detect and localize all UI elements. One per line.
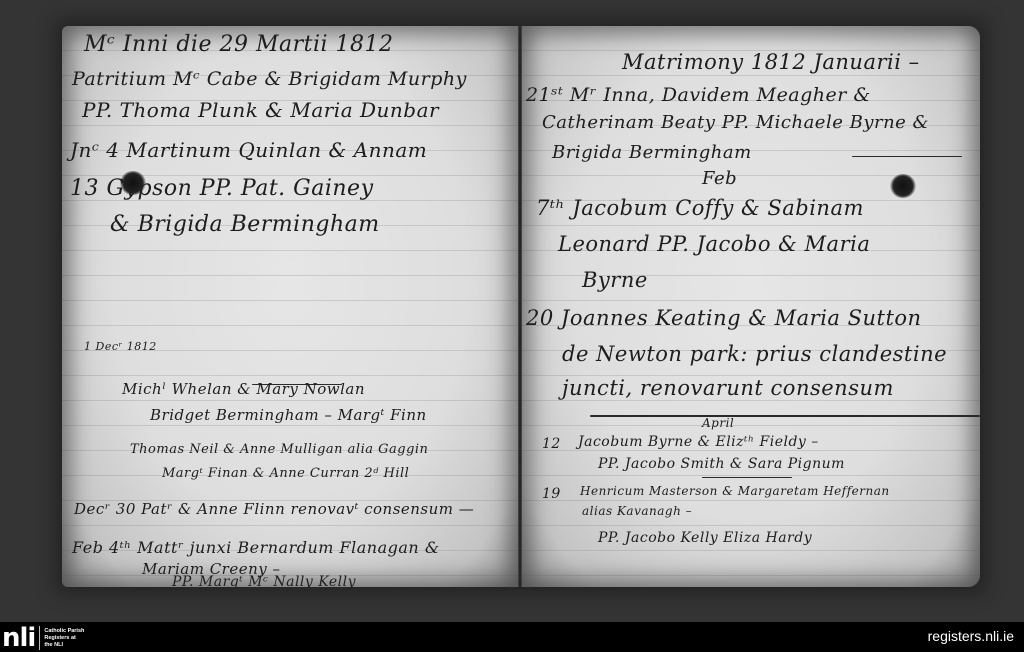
logo-divider bbox=[39, 626, 40, 650]
left-line: Bridget Bermingham – Margᵗ Finn bbox=[150, 406, 427, 424]
right-line: 20 Joannes Keating & Maria Sutton bbox=[526, 306, 922, 330]
right-line-day: 19 bbox=[542, 486, 561, 502]
right-line: Jacobum Byrne & Elizᵗʰ Fieldy – bbox=[578, 434, 819, 450]
ink-blot bbox=[120, 171, 146, 195]
left-line: Decʳ 30 Patʳ & Anne Flinn renovavᵗ conse… bbox=[74, 500, 474, 518]
right-line: 21ˢᵗ Mʳ Inna, Davidem Meagher & bbox=[526, 84, 871, 106]
left-line: Margᵗ Finan & Anne Curran 2ᵈ Hill bbox=[162, 466, 409, 481]
left-line: & Brigida Bermingham bbox=[110, 212, 380, 237]
right-line: juncti, renovarunt consensum bbox=[562, 376, 894, 400]
logo-text-line: the NLI bbox=[44, 642, 84, 649]
nli-logo-mark: nli bbox=[2, 625, 35, 651]
logo-text-line: Catholic Parish bbox=[44, 628, 84, 635]
divider-rule bbox=[852, 156, 962, 157]
right-line: Catherinam Beaty PP. Michaele Byrne & bbox=[542, 112, 929, 133]
right-line: Leonard PP. Jacobo & Maria bbox=[558, 232, 870, 256]
left-line-date: 1 Decʳ 1812 bbox=[84, 340, 157, 353]
right-page: Matrimony 1812 Januarii – 21ˢᵗ Mʳ Inna, … bbox=[522, 26, 980, 587]
left-line: Michˡ Whelan & Mary Nowlan bbox=[122, 380, 365, 398]
image-viewer[interactable]: Mᶜ Inni die 29 Martii 1812 Patritium Mᶜ … bbox=[0, 0, 1024, 622]
left-line: PP. Thoma Plunk & Maria Dunbar bbox=[82, 98, 439, 122]
right-line-heading: Matrimony 1812 Januarii – bbox=[622, 50, 920, 74]
logo-text: Catholic Parish Registers at the NLI bbox=[44, 628, 84, 649]
right-line: alias Kavanagh – bbox=[582, 504, 692, 518]
right-line: de Newton park: prius clandestine bbox=[562, 342, 947, 366]
right-line: Henricum Masterson & Margaretam Hefferna… bbox=[580, 484, 890, 498]
right-line: PP. Jacobo Kelly Eliza Hardy bbox=[598, 530, 812, 546]
left-line-heading: Mᶜ Inni die 29 Martii 1812 bbox=[84, 32, 394, 57]
left-line: Feb 4ᵗʰ Mattʳ junxi Bernardum Flanagan & bbox=[72, 538, 440, 557]
logo-text-line: Registers at bbox=[44, 635, 84, 642]
right-line-day: 12 bbox=[542, 436, 561, 452]
nli-logo[interactable]: nli Catholic Parish Registers at the NLI bbox=[2, 625, 84, 651]
left-line: Patritium Mᶜ Cabe & Brigidam Murphy bbox=[72, 68, 467, 90]
register-scan-image[interactable]: Mᶜ Inni die 29 Martii 1812 Patritium Mᶜ … bbox=[62, 26, 980, 587]
ink-blot bbox=[890, 174, 916, 198]
right-line-month: April bbox=[702, 416, 734, 430]
left-line: Thomas Neil & Anne Mulligan alia Gaggin bbox=[130, 442, 428, 457]
left-line: Jnᶜ 4 Martinum Quinlan & Annam bbox=[70, 138, 427, 162]
site-link[interactable]: registers.nli.ie bbox=[928, 628, 1014, 644]
right-line: 7ᵗʰ Jacobum Coffy & Sabinam bbox=[536, 196, 864, 220]
divider-rule bbox=[702, 477, 792, 478]
right-line-month: Feb bbox=[702, 168, 737, 189]
left-line: PP. Margᵗ Mᶜ Nally Kelly bbox=[172, 574, 356, 587]
right-line: Brigida Bermingham bbox=[552, 142, 752, 163]
right-line: Byrne bbox=[582, 268, 648, 292]
divider-rule bbox=[590, 415, 980, 417]
footer-bar: nli Catholic Parish Registers at the NLI… bbox=[0, 622, 1024, 652]
left-line: 13 Gypson PP. Pat. Gainey bbox=[70, 176, 374, 201]
right-line: PP. Jacobo Smith & Sara Pignum bbox=[598, 456, 845, 472]
left-page: Mᶜ Inni die 29 Martii 1812 Patritium Mᶜ … bbox=[62, 26, 518, 587]
